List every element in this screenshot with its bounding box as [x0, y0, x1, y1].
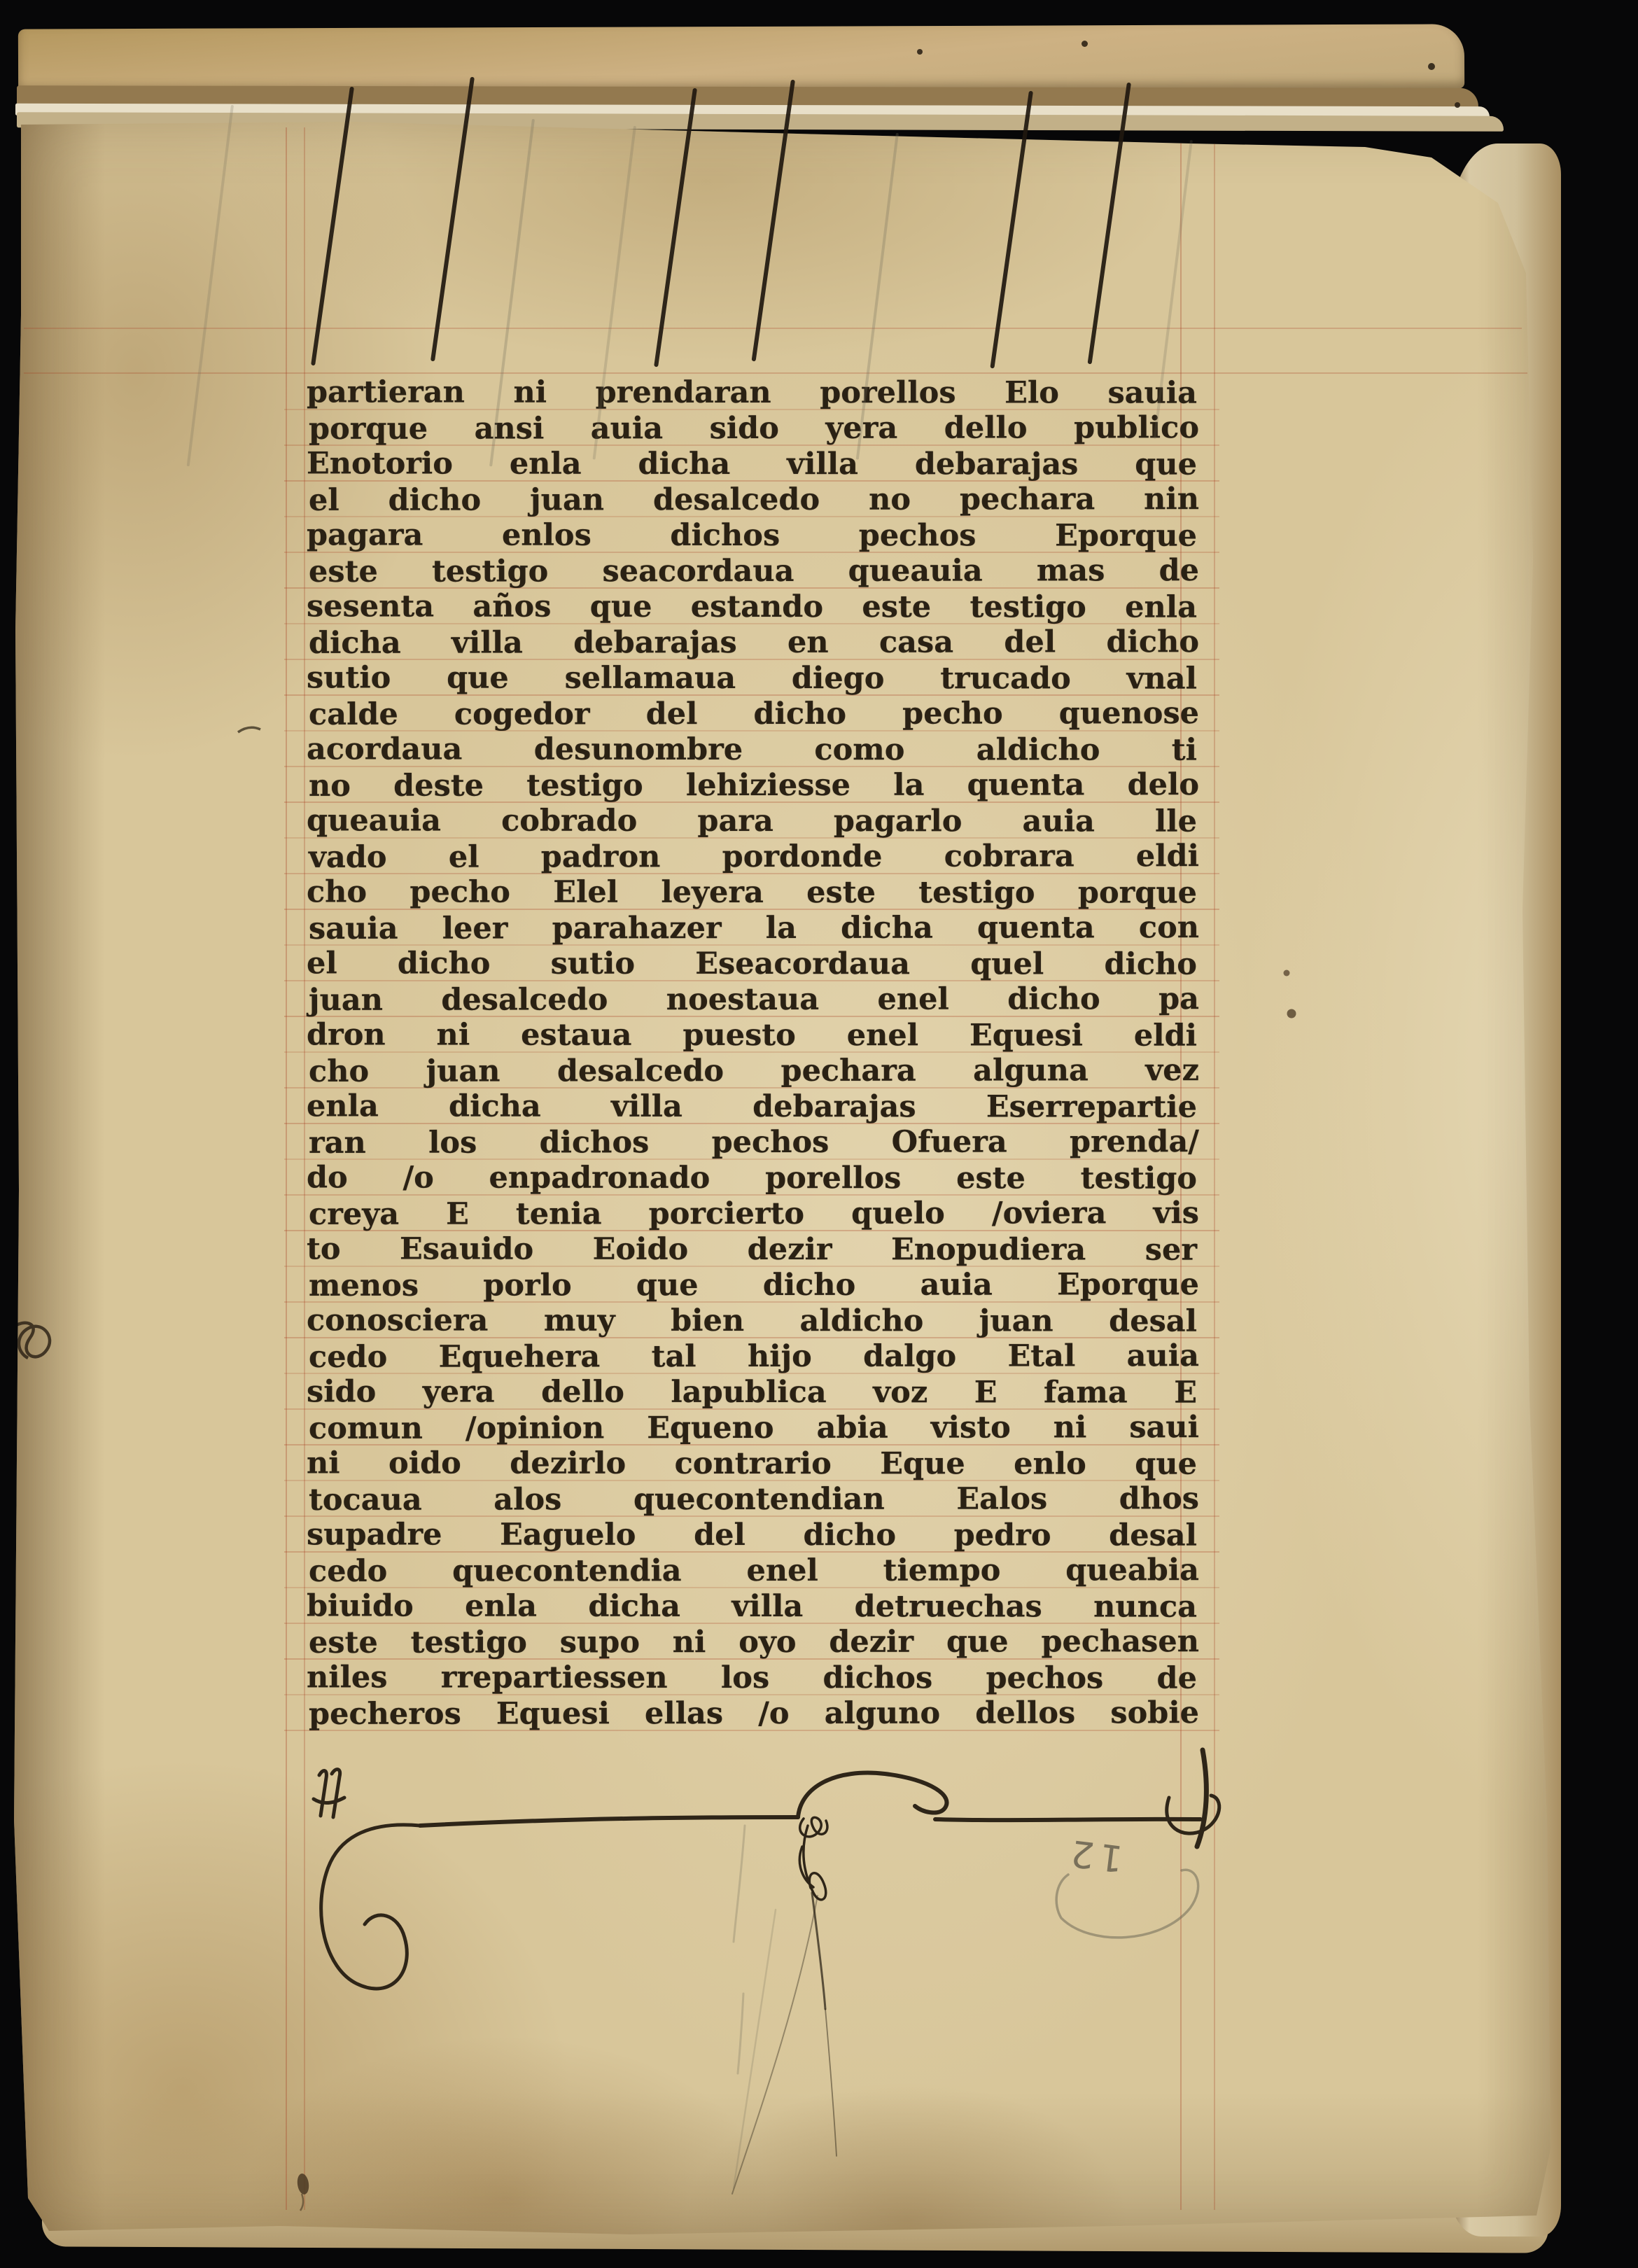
parchment-page: partieran ni prendaran porellos Elo saui…	[13, 118, 1554, 2240]
manuscript-line: comun /opinion Equeno abia visto ni saui	[309, 1410, 1199, 1447]
manuscript-line: sauia leer parahazer la dicha quenta con	[309, 910, 1199, 947]
manuscript-line: niles rrepartiessen los dichos pechos de	[307, 1660, 1197, 1696]
ruling-line	[24, 372, 1527, 374]
manuscript-line: el dicho juan desalcedo no pechara nin	[309, 482, 1199, 519]
ink-spot	[1455, 102, 1460, 108]
manuscript-line: queauia cobrado para pagarlo auia lle	[307, 803, 1197, 839]
ink-spot	[1081, 41, 1088, 47]
manuscript-line: Enotorio enla dicha villa debarajas que	[307, 446, 1197, 482]
page-stack-top	[18, 24, 1464, 93]
ink-spot	[1428, 63, 1435, 70]
manuscript-line: el dicho sutio Eseacordaua quel dicho	[307, 946, 1197, 982]
manuscript-line: no deste testigo lehiziesse la quenta de…	[309, 767, 1199, 804]
manuscript-line: cedo quecontendia enel tiempo queabia	[309, 1553, 1199, 1590]
manuscript-line: supadre Eaguelo del dicho pedro desal	[307, 1517, 1197, 1553]
manuscript-line: este testigo seacordaua queauia mas de	[309, 553, 1199, 590]
manuscript-line: porque ansi auia sido yera dello publico	[309, 410, 1199, 447]
manuscript-photo: partieran ni prendaran porellos Elo saui…	[0, 0, 1638, 2268]
manuscript-line: pagara enlos dichos pechos Eporque	[307, 517, 1197, 554]
manuscript-line: biuido enla dicha villa detruechas nunca	[307, 1588, 1197, 1625]
manuscript-line: ni oido dezirlo contrario Eque enlo que	[307, 1445, 1197, 1482]
ruling-line	[24, 328, 1522, 329]
manuscript-line: calde cogedor del dicho pecho quenose	[309, 696, 1199, 733]
manuscript-line: partieran ni prendaran porellos Elo saui…	[307, 374, 1197, 411]
manuscript-line: acordaua desunombre como aldicho ti	[307, 731, 1197, 768]
text-block: partieran ni prendaran porellos Elo saui…	[307, 375, 1197, 1732]
manuscript-line: ran los dichos pechos Ofuera prenda/	[309, 1124, 1199, 1161]
ruling-line	[286, 127, 287, 2210]
manuscript-line: cho pecho Elel leyera este testigo porqu…	[307, 874, 1197, 911]
ruling-line	[1214, 127, 1215, 2210]
manuscript-line: juan desalcedo noestaua enel dicho pa	[309, 981, 1199, 1018]
manuscript-line: do /o enpadronado porellos este testigo	[307, 1160, 1197, 1196]
manuscript-line: tocaua alos quecontendian Ealos dhos	[309, 1481, 1199, 1518]
manuscript-line: dicha villa debarajas en casa del dicho	[309, 624, 1199, 661]
manuscript-line: menos porlo que dicho auia Eporque	[309, 1267, 1199, 1304]
manuscript-line: sido yera dello lapublica voz E fama E	[307, 1374, 1197, 1410]
manuscript-line: este testigo supo ni oyo dezir que pecha…	[309, 1624, 1199, 1661]
manuscript-line: cedo Equehera tal hijo dalgo Etal auia	[309, 1338, 1199, 1375]
manuscript-line: creya E tenia porcierto quelo /oviera vi…	[309, 1196, 1199, 1233]
manuscript-line: dron ni estaua puesto enel Equesi eldi	[307, 1017, 1197, 1053]
ink-spot	[917, 49, 923, 55]
manuscript-line: to Esauido Eoido dezir Enopudiera ser	[307, 1231, 1197, 1268]
manuscript-line: sutio que sellamaua diego trucado vnal	[307, 660, 1197, 696]
ruling-line	[304, 127, 305, 2210]
manuscript-line: pecheros Equesi ellas /o alguno dellos s…	[309, 1695, 1199, 1732]
manuscript-line: enla dicha villa debarajas Eserrepartie	[307, 1088, 1197, 1125]
manuscript-line: vado el padron pordonde cobrara eldi	[309, 839, 1199, 876]
manuscript-line: sesenta años que estando este testigo en…	[307, 589, 1197, 625]
manuscript-line: conosciera muy bien aldicho juan desal	[307, 1303, 1197, 1339]
manuscript-line: cho juan desalcedo pechara alguna vez	[309, 1053, 1199, 1090]
pencil-folio-number: 12	[1063, 1830, 1126, 1879]
